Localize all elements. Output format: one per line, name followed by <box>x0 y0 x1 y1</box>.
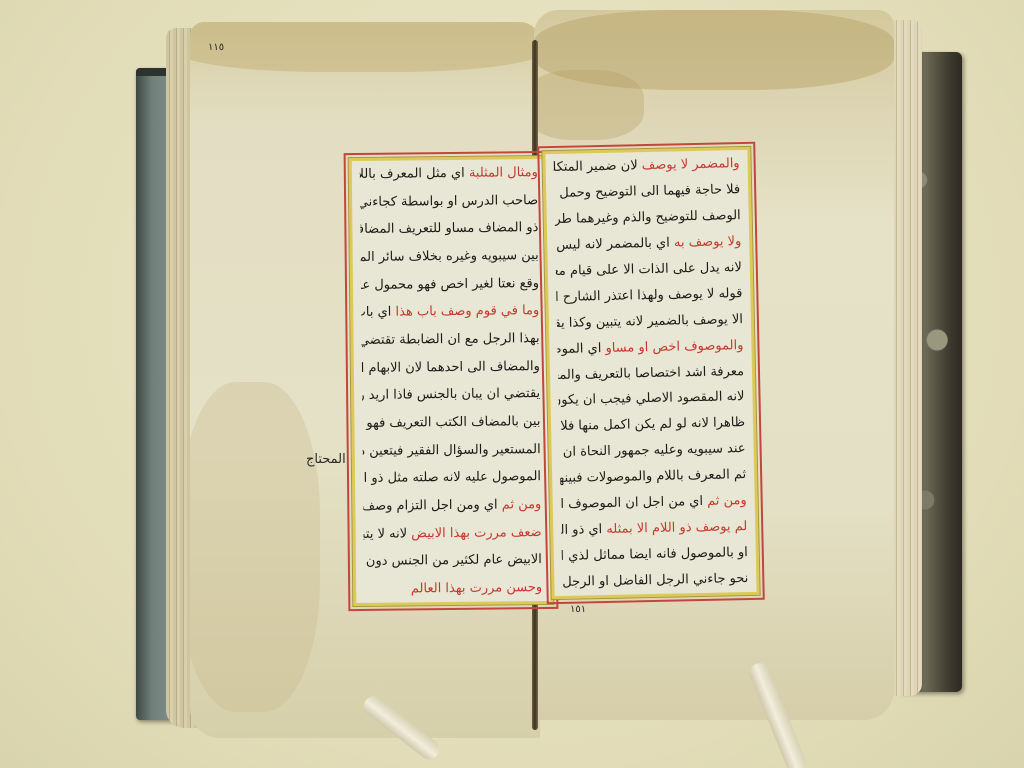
body-text: الابيض عام لكثير من الجنس دون جنس <box>364 552 542 569</box>
text-line: عند سيبويه وعليه جمهور النحاة ان اعرفها … <box>559 441 745 460</box>
text-line: صاحب الدرس او بواسطة كجاءني الرجل صاحب ل… <box>360 193 538 210</box>
text-line: لم يوصف ذو اللام الا بمثله اي ذو اللام <box>561 519 747 538</box>
rubric-text: وما في قوم وصف باب هذا <box>395 303 539 320</box>
rubric-text: ومن ثم <box>502 497 542 512</box>
text-line: نحو جاءني الرجل الفاضل او الرجل الذي كان… <box>562 571 748 590</box>
body-text: ذو المضاف مساو للتعريف المضاف اليه وانقص… <box>360 220 538 237</box>
body-text: اي ذو اللام <box>561 522 606 538</box>
left-text-block: ومثال المثلبة اي مثل المعرف باللام بلا و… <box>349 156 554 606</box>
body-text: الوصف للتوضيح والذم وغيرهما طردا للباب <box>555 208 741 227</box>
text-line: والمضاف الى احدهما لان الابهام الواقع في… <box>362 359 540 376</box>
body-text: الا يوصف بالضمير لانه يتبين وكذا يقوله <box>557 312 743 331</box>
body-text: والمضاف الى احدهما لان الابهام الواقع في… <box>362 359 540 376</box>
body-text: اي الموصوف <box>557 341 605 357</box>
rubric-text: ومن ثم <box>707 493 747 509</box>
text-line: ومن ثم اي من اجل ان الموصوف اخص او مساو <box>561 493 747 512</box>
text-line: ولا يوصف به اي بالمضمر لانه ليس للمضمر م… <box>555 234 741 253</box>
body-text: المستعير والسؤال الفقير فيتعين ذو اللام … <box>363 442 541 459</box>
text-line: ومثال المثلبة اي مثل المعرف باللام بلا و… <box>360 165 538 182</box>
text-line: لانه يدل على الذات الا على قيام معنى بها… <box>556 260 742 279</box>
rubric-text: ومثال المثلبة <box>469 165 538 181</box>
body-text: بين بالمضاف الكتب التعريف فهو المضاف الي… <box>362 414 540 431</box>
text-line: والمضمر لا يوصف لان ضمير المتكلم والمخاط… <box>554 156 740 175</box>
right-text-block: والمضمر لا يوصف لان ضمير المتكلم والمخاط… <box>542 147 759 599</box>
text-line: معرفة اشد اختصاصا بالتعريف والمعلوم من ا… <box>558 364 744 383</box>
text-line: ذو المضاف مساو للتعريف المضاف اليه وانقص… <box>360 220 538 237</box>
rubric-text: لم يوصف ذو اللام الا بمثله <box>606 519 747 537</box>
text-line: يقتضي ان يبان بالجنس فاذا اريد رفعه لا ي… <box>362 386 540 403</box>
text-line: فلا حاجة فيهما الى التوضيح وحمل عليهما ض… <box>554 182 740 201</box>
text-line: وقع نعتا لغير اخص فهو محمول على البدل عن… <box>361 276 539 293</box>
text-line: الابيض عام لكثير من الجنس دون جنس <box>364 552 542 569</box>
text-line: ضعف مررت بهذا الابيض لانه لا يتبين به جن… <box>364 525 542 542</box>
body-text: لان ضمير المتكلم والمخاطب اعرف المعارف <box>554 158 642 175</box>
body-text: اي باب اسم الاشارة بذي اللام مثل مررت <box>361 305 395 320</box>
body-text: بهذا الرجل مع ان الضابطة تقتضي جواز وصفه… <box>361 331 539 348</box>
text-line: او بالموصول فانه ايضا مماثل لذي اللام كم… <box>562 545 748 564</box>
body-text: او بالموصول فانه ايضا مماثل لذي اللام كم… <box>562 545 748 564</box>
body-text: بين سيبويه وغيره بخلاف سائر المعارف فانه… <box>361 248 539 265</box>
text-line: ثم المعرف باللام والموصولات فبينهما مساو… <box>560 467 746 486</box>
text-line: والموصوف اخص او مساو اي الموصوف <box>557 338 743 357</box>
text-line: بين بالمضاف الكتب التعريف فهو المضاف الي… <box>362 414 540 431</box>
rubric-text: ضعف مررت بهذا الابيض <box>411 525 542 541</box>
body-text: اي من اجل ان الموصوف اخص او مساو <box>561 494 708 512</box>
left-folio-number: ١١٥ <box>208 42 224 53</box>
right-folio-number: ١٥١ <box>570 604 586 615</box>
body-text: لانه المقصود الاصلي فيجب ان يكون اكمل من… <box>558 389 744 408</box>
text-line: وما في قوم وصف باب هذا اي باب اسم الاشار… <box>361 303 539 320</box>
rubric-text: ولا يوصف به <box>674 234 742 250</box>
rubric-text: والمضمر لا يوصف <box>642 156 740 173</box>
text-line: الموصول عليه لانه صلته مثل ذو اللام مثل … <box>363 469 541 486</box>
body-text: ظاهرا لانه لو لم يكن اكمل منها فلا اقل م… <box>559 415 745 434</box>
body-text: اي ومن اجل التزام وصف هذا بذي اللام ارتف… <box>363 497 502 513</box>
text-line: وحسن مررت بهذا العالم <box>364 580 542 597</box>
text-line: المستعير والسؤال الفقير فيتعين ذو اللام … <box>363 442 541 459</box>
body-text: لانه لا يتبين به جنسه المبهم لان <box>364 526 412 541</box>
left-margin-note: المحتاج <box>306 452 346 467</box>
text-line: ومن ثم اي ومن اجل التزام وصف هذا بذي الل… <box>363 497 541 514</box>
body-text: وقع نعتا لغير اخص فهو محمول على البدل عن… <box>361 276 539 293</box>
text-line: الوصف للتوضيح والذم وغيرهما طردا للباب <box>555 208 741 227</box>
right-text-frame: والمضمر لا يوصف لان ضمير المتكلم والمخاط… <box>537 142 765 604</box>
text-line: لانه المقصود الاصلي فيجب ان يكون اكمل من… <box>558 389 744 408</box>
body-text: الموصول عليه لانه صلته مثل ذو اللام مثل … <box>363 469 541 486</box>
text-line: ظاهرا لانه لو لم يكن اكمل منها فلا اقل م… <box>559 415 745 434</box>
text-line: الا يوصف بالضمير لانه يتبين وكذا يقوله <box>557 312 743 331</box>
body-text: معرفة اشد اختصاصا بالتعريف والمعلوم من ا… <box>558 364 744 383</box>
text-line: بهذا الرجل مع ان الضابطة تقتضي جواز وصفه… <box>361 331 539 348</box>
rubric-text: والموصوف اخص او مساو <box>605 338 743 356</box>
body-text: فلا حاجة فيهما الى التوضيح وحمل عليهما ض… <box>554 182 740 201</box>
body-text: ثم المعرف باللام والموصولات فبينهما مساو… <box>560 467 746 486</box>
body-text: نحو جاءني الرجل الفاضل او الرجل الذي كان… <box>562 571 748 590</box>
body-text: صاحب الدرس او بواسطة كجاءني الرجل صاحب ل… <box>360 193 538 210</box>
body-text: لانه يدل على الذات الا على قيام معنى بها… <box>556 260 742 279</box>
body-text: عند سيبويه وعليه جمهور النحاة ان اعرفها … <box>559 441 745 460</box>
body-text: قوله لا يوصف ولهذا اعتذر الشارح الرضي وق… <box>556 286 742 305</box>
left-text-frame: ومثال المثلبة اي مثل المعرف باللام بلا و… <box>344 151 559 611</box>
text-line: قوله لا يوصف ولهذا اعتذر الشارح الرضي وق… <box>556 286 742 305</box>
body-text: اي مثل المعرف باللام بلا واسطة كجاءني ال… <box>360 166 469 182</box>
rubric-text: وحسن مررت بهذا العالم <box>411 580 542 596</box>
text-line: بين سيبويه وغيره بخلاف سائر المعارف فانه… <box>361 248 539 265</box>
body-text: اي بالمضمر لانه ليس للمضمر معنى الوصفية <box>555 235 674 252</box>
body-text: يقتضي ان يبان بالجنس فاذا اريد رفعه لا ي… <box>362 386 540 403</box>
